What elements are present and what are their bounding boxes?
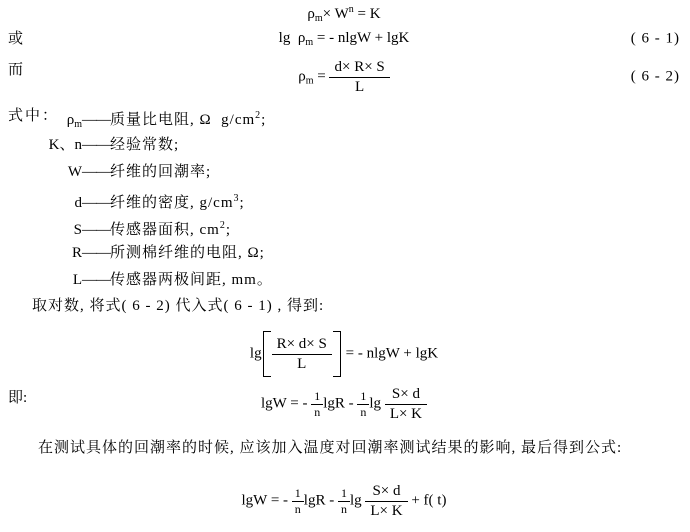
fraction-sd-over-lk: S× dL× K [365, 482, 407, 521]
em-dash: —— [82, 135, 110, 155]
fraction-numerator: S× d [385, 385, 427, 405]
rhs-text: = - nlgW + lgK [313, 30, 409, 46]
var-term: d [8, 193, 82, 213]
var-term: R [8, 243, 82, 263]
ft-term: + f( t) [408, 492, 447, 508]
fraction-1-over-n: 1n [357, 389, 369, 419]
lg-text: lg [369, 395, 384, 411]
paragraph-temperature: 在测试具体的回潮率的时候, 应该加入温度对回潮率测试结果的影响, 最后得到公式: [8, 438, 680, 458]
equation-row-5: 即: lgW = - 1nlgR - 1nlg S× dL× K [8, 384, 680, 424]
where-row-r: R —— 所测棉纤维的电阻, Ω; [8, 243, 680, 263]
w-symbol: W [335, 6, 349, 22]
mid-text: lgR - [304, 492, 338, 508]
rho-symbol: ρ [307, 6, 315, 22]
fraction-numerator: R× d× S [272, 335, 332, 355]
fraction-denominator: L [272, 355, 332, 374]
fraction-denominator: n [338, 502, 350, 516]
fraction-denominator: L× K [385, 405, 427, 424]
fraction-numerator: 1 [357, 389, 369, 404]
lhs-text: lgW = - [242, 492, 292, 508]
var-description: 质量比电阻, Ω g/cm2; [110, 106, 266, 130]
fraction-numerator: 1 [338, 486, 350, 501]
formula-lgw-ft: lgW = - 1nlgR - 1nlg S× dL× K + f( t) [242, 482, 447, 521]
fraction-1-over-n: 1n [338, 486, 350, 516]
rho-subscript: m [306, 75, 314, 86]
where-row-rho: 式中： ρm —— 质量比电阻, Ω g/cm2; [8, 106, 680, 135]
desc-tail: ; [261, 112, 266, 128]
term-symbol: K、n [49, 137, 82, 153]
rho-symbol: ρ [298, 68, 306, 84]
equation-row-3: 而 ρm = d× R× SL ( 6 - 2) [8, 54, 680, 100]
desc-text: 纤维的密度, g/cm [110, 195, 234, 211]
paragraph-take-log: 取对数, 将式( 6 - 2) 代入式( 6 - 1) , 得到: [8, 296, 680, 316]
equation-row-6: lgW = - 1nlgR - 1nlg S× dL× K + f( t) [8, 478, 680, 524]
paragraph-text: 在测试具体的回潮率的时候, 应该加入温度对回潮率测试结果的影响, 最后得到公式: [8, 438, 680, 458]
var-description: 纤维的密度, g/cm3; [110, 189, 245, 213]
term-symbol: d [75, 195, 83, 211]
paragraph-text: 取对数, 将式( 6 - 2) 代入式( 6 - 1) , 得到: [8, 296, 680, 316]
fraction-denominator: n [311, 405, 323, 419]
var-description: 传感器两极间距, mm。 [110, 270, 273, 290]
connector-and: 而 [8, 60, 23, 80]
fraction-denominator: L [329, 78, 389, 97]
term-symbol: L [73, 272, 82, 288]
fraction-drs-over-l: d× R× SL [329, 58, 389, 97]
desc-text: 经验常数; [110, 137, 179, 153]
fraction-1-over-n: 1n [311, 389, 323, 419]
where-intro: 式中： [8, 106, 59, 126]
fraction-denominator: L× K [365, 502, 407, 521]
em-dash: —— [82, 243, 110, 263]
fraction-numerator: 1 [311, 389, 323, 404]
rhs-text: = - nlgW + lgK [342, 345, 438, 361]
equation-row-1: ρm× Wn = K [8, 2, 680, 26]
desc-text: 所测棉纤维的电阻, Ω; [110, 245, 265, 261]
mid-text: lgR - [323, 395, 357, 411]
times-operator: × [323, 6, 335, 22]
em-dash: —— [82, 270, 110, 290]
lhs-text: lgW = - [261, 395, 311, 411]
formula-lg-rho: lg ρm = - nlgW + lgK [279, 30, 410, 48]
rho-subscript: m [315, 13, 323, 24]
equation-number-6-2: ( 6 - 2) [631, 69, 680, 86]
equation-number-6-1: ( 6 - 1) [631, 31, 680, 48]
formula-lgw: lgW = - 1nlgR - 1nlg S× dL× K [261, 385, 427, 424]
where-row-d: d —— 纤维的密度, g/cm3; [8, 189, 680, 213]
equation-row-4: lgR× d× SL = - nlgW + lgK [8, 330, 680, 378]
where-row-kn: K、n —— 经验常数; [8, 135, 680, 155]
right-bracket [333, 331, 341, 377]
var-description: 纤维的回潮率; [110, 162, 211, 182]
fraction-denominator: n [357, 405, 369, 419]
lg-text: lg [350, 492, 365, 508]
fraction-numerator: S× d [365, 482, 407, 502]
connector-namely: 即: [8, 388, 27, 408]
term-symbol: W [68, 164, 82, 180]
desc-text: 传感器面积, cm [110, 222, 220, 238]
em-dash: —— [82, 162, 110, 182]
fraction-sd-over-lk: S× dL× K [385, 385, 427, 424]
term-symbol: S [74, 222, 82, 238]
fraction-numerator: d× R× S [329, 58, 389, 78]
lg-lead: lg [279, 30, 298, 46]
var-description: 经验常数; [110, 135, 179, 155]
equals-sign: = [314, 68, 330, 84]
em-dash: —— [82, 193, 110, 213]
document-page: ρm× Wn = K 或 lg ρm = - nlgW + lgK ( 6 - … [0, 0, 690, 532]
var-description: 所测棉纤维的电阻, Ω; [110, 243, 265, 263]
var-term: K、n [8, 135, 82, 155]
lg-lead: lg [250, 345, 262, 361]
fraction-numerator: 1 [292, 486, 304, 501]
equation-row-2: 或 lg ρm = - nlgW + lgK ( 6 - 1) [8, 27, 680, 51]
desc-text: 纤维的回潮率; [110, 164, 211, 180]
var-term: L [8, 270, 82, 290]
term-subscript: m [74, 119, 82, 130]
fraction-rds-over-l: R× d× SL [272, 335, 332, 374]
fraction-1-over-n: 1n [292, 486, 304, 516]
term-symbol: R [72, 245, 82, 261]
where-row-s: S —— 传感器面积, cm2; [8, 216, 680, 240]
desc-tail: ; [226, 222, 231, 238]
var-term: W [8, 162, 82, 182]
desc-text: 传感器两极间距, mm。 [110, 272, 273, 288]
fraction-denominator: n [292, 502, 304, 516]
var-term: S [8, 220, 82, 240]
formula-lg-bracket: lgR× d× SL = - nlgW + lgK [250, 331, 438, 377]
left-bracket [263, 331, 271, 377]
where-row-w: W —— 纤维的回潮率; [8, 162, 680, 182]
desc-tail: ; [240, 195, 245, 211]
em-dash: —— [82, 220, 110, 240]
formula-rho-w-k: ρm× Wn = K [307, 4, 380, 24]
rho-subscript: m [305, 37, 313, 48]
equals-k: = K [354, 6, 381, 22]
formula-rho-fraction: ρm = d× R× SL [298, 58, 390, 97]
var-description: 传感器面积, cm2; [110, 216, 231, 240]
em-dash: —— [82, 110, 110, 130]
where-row-l: L —— 传感器两极间距, mm。 [8, 270, 680, 290]
connector-or: 或 [8, 27, 23, 51]
desc-text: 质量比电阻, Ω g/cm [110, 112, 255, 128]
